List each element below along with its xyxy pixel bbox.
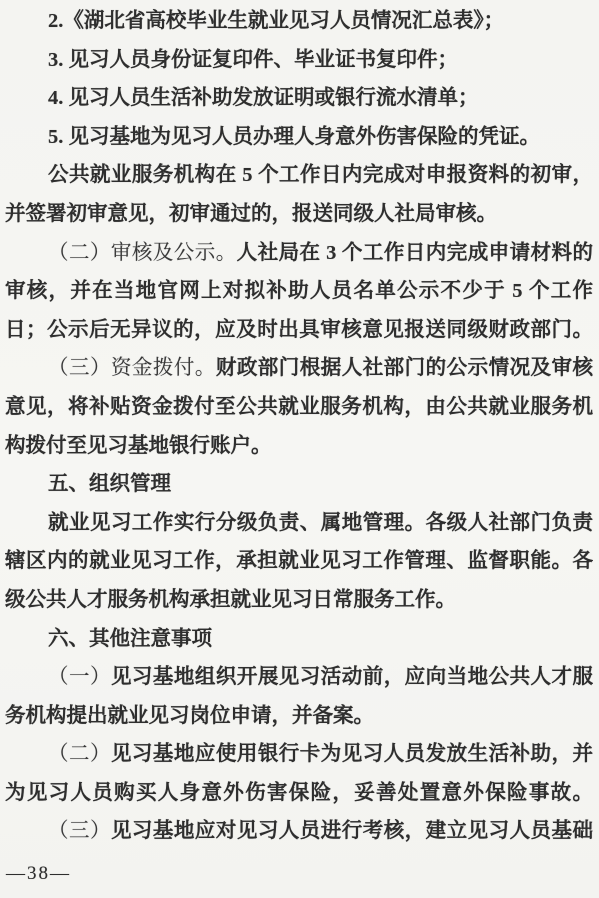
text-line: 4. 见习人员生活补助发放证明或银行流水清单； — [5, 79, 593, 118]
section-heading-text: 六、其他注意事项 — [48, 628, 212, 650]
body-text: 见习基地组织开展见习活动前，应向当地公共人才服 — [111, 666, 593, 688]
text-line: 3. 见习人员身份证复印件、毕业证书复印件； — [5, 41, 593, 80]
text-line: （三）见习基地应对见习人员进行考核，建立见习人员基础 — [5, 812, 593, 851]
body-text: 务机构提出就业见习岗位申请，并备案。 — [5, 705, 374, 727]
body-text: 见习基地应对见习人员进行考核，建立见习人员基础 — [111, 820, 593, 842]
document-body: 2.《湖北省高校毕业生就业见习人员情况汇总表》；3. 见习人员身份证复印件、毕业… — [5, 2, 593, 851]
text-line: 为见习人员购买人身意外伤害保险，妥善处置意外保险事故。 — [5, 774, 593, 813]
body-text: 构拨付至见习基地银行账户。 — [5, 435, 272, 457]
body-text: 人社局在 3 个工作日内完成申请材料的 — [237, 242, 593, 264]
item-label-text: （一） — [48, 666, 111, 688]
body-text: 意见，将补贴资金拨付至公共就业服务机构，由公共就业服务机 — [5, 396, 593, 418]
item-label-text: （三）资金拨付。 — [48, 357, 216, 379]
page-number: —38— — [6, 863, 71, 885]
body-text: 4. 见习人员生活补助发放证明或银行流水清单； — [48, 87, 479, 109]
body-text: 财政部门根据人社部门的公示情况及审核 — [216, 357, 593, 379]
body-text: 日；公示后无异议的，应及时出具审核意见报送同级财政部门。 — [5, 319, 593, 341]
text-line: （二）审核及公示。人社局在 3 个工作日内完成申请材料的 — [5, 234, 593, 273]
text-line: 日；公示后无异议的，应及时出具审核意见报送同级财政部门。 — [5, 311, 593, 350]
text-line: （一）见习基地组织开展见习活动前，应向当地公共人才服 — [5, 658, 593, 697]
text-line: 构拨付至见习基地银行账户。 — [5, 427, 593, 466]
body-text: 见习基地应使用银行卡为见习人员发放生活补助，并 — [111, 743, 593, 765]
item-label-text: （三） — [48, 820, 111, 842]
document-page: 2.《湖北省高校毕业生就业见习人员情况汇总表》；3. 见习人员身份证复印件、毕业… — [0, 0, 599, 898]
text-line: 辖区内的就业见习工作，承担就业见习工作管理、监督职能。各 — [5, 542, 593, 581]
text-line: 2.《湖北省高校毕业生就业见习人员情况汇总表》； — [5, 2, 593, 41]
body-text: 辖区内的就业见习工作，承担就业见习工作管理、监督职能。各 — [5, 550, 593, 572]
item-label-text: （二）审核及公示。 — [48, 242, 237, 264]
text-line: 级公共人才服务机构承担就业见习日常服务工作。 — [5, 581, 593, 620]
text-line: （二）见习基地应使用银行卡为见习人员发放生活补助，并 — [5, 735, 593, 774]
text-line: 5. 见习基地为见习人员办理人身意外伤害保险的凭证。 — [5, 118, 593, 157]
text-line: 意见，将补贴资金拨付至公共就业服务机构，由公共就业服务机 — [5, 388, 593, 427]
text-line: 就业见习工作实行分级负责、属地管理。各级人社部门负责 — [5, 504, 593, 543]
body-text: 为见习人员购买人身意外伤害保险，妥善处置意外保险事故。 — [5, 782, 593, 804]
text-line: （三）资金拨付。财政部门根据人社部门的公示情况及审核 — [5, 349, 593, 388]
text-line: 审核，并在当地官网上对拟补助人员名单公示不少于 5 个工作 — [5, 272, 593, 311]
text-line: 公共就业服务机构在 5 个工作日内完成对申报资料的初审， — [5, 156, 593, 195]
body-text: 5. 见习基地为见习人员办理人身意外伤害保险的凭证。 — [48, 126, 540, 148]
body-text: 2.《湖北省高校毕业生就业见习人员情况汇总表》； — [48, 10, 504, 32]
body-text: 3. 见习人员身份证复印件、毕业证书复印件； — [48, 49, 458, 71]
text-line: 并签署初审意见，初审通过的，报送同级人社局审核。 — [5, 195, 593, 234]
section-heading-text: 五、组织管理 — [48, 473, 171, 495]
text-line: 务机构提出就业见习岗位申请，并备案。 — [5, 697, 593, 736]
body-text: 审核，并在当地官网上对拟补助人员名单公示不少于 5 个工作 — [5, 280, 593, 302]
item-label-text: （二） — [48, 743, 111, 765]
body-text: 并签署初审意见，初审通过的，报送同级人社局审核。 — [5, 203, 497, 225]
text-line: 五、组织管理 — [5, 465, 593, 504]
body-text: 就业见习工作实行分级负责、属地管理。各级人社部门负责 — [48, 512, 593, 534]
text-line: 六、其他注意事项 — [5, 620, 593, 659]
body-text: 级公共人才服务机构承担就业见习日常服务工作。 — [5, 589, 456, 611]
body-text: 公共就业服务机构在 5 个工作日内完成对申报资料的初审， — [48, 164, 593, 186]
